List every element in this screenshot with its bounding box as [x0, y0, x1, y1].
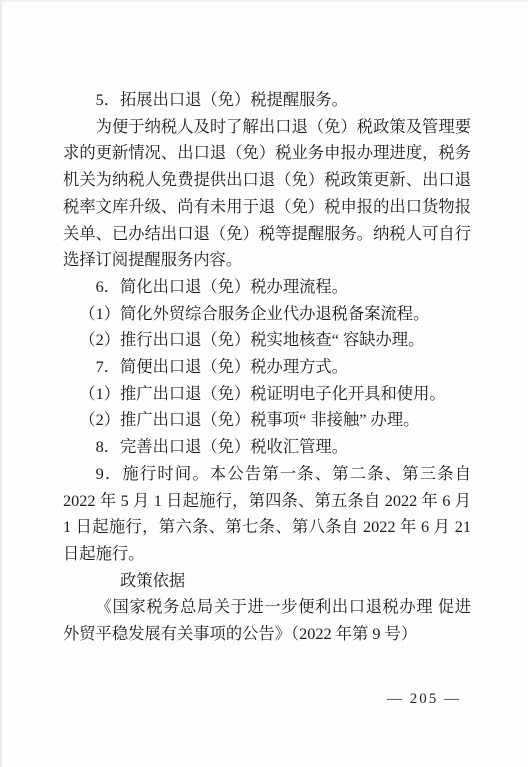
- policy-basis-heading: 政策依据: [63, 568, 471, 595]
- item-6-subitem-2: （2）推行出口退（免）税实地核查“ 容缺办理。: [63, 327, 471, 354]
- page-number: — 205 —: [387, 691, 461, 708]
- item-8-heading: 8．完善出口退（免）税收汇管理。: [63, 434, 471, 461]
- item-7-subitem-2: （2）推广出口退（免）税事项“ 非接触” 办理。: [63, 407, 471, 434]
- document-page: 5．拓展出口退（免）税提醒服务。 为便于纳税人及时了解出口退（免）税政策及管理要…: [0, 0, 528, 767]
- item-6-subitem-1: （1）简化外贸综合服务企业代办退税备案流程。: [63, 301, 471, 328]
- document-body: 5．拓展出口退（免）税提醒服务。 为便于纳税人及时了解出口退（免）税政策及管理要…: [63, 87, 471, 648]
- item-5-body-paragraph: 为便于纳税人及时了解出口退（免）税政策及管理要求的更新情况、出口退（免）税业务申…: [63, 114, 471, 274]
- item-7-subitem-1: （1）推广出口退（免）税证明电子化开具和使用。: [63, 381, 471, 408]
- item-9-effective-dates: 9．施行时间。本公告第一条、第二条、第三条自 2022 年 5 月 1 日起施行…: [63, 461, 471, 568]
- policy-basis-reference: 《国家税务总局关于进一步便利出口退税办理 促进外贸平稳发展有关事项的公告》（20…: [63, 594, 471, 647]
- item-5-heading: 5．拓展出口退（免）税提醒服务。: [63, 87, 471, 114]
- item-7-heading: 7．简便出口退（免）税办理方式。: [63, 354, 471, 381]
- item-6-heading: 6．简化出口退（免）税办理流程。: [63, 274, 471, 301]
